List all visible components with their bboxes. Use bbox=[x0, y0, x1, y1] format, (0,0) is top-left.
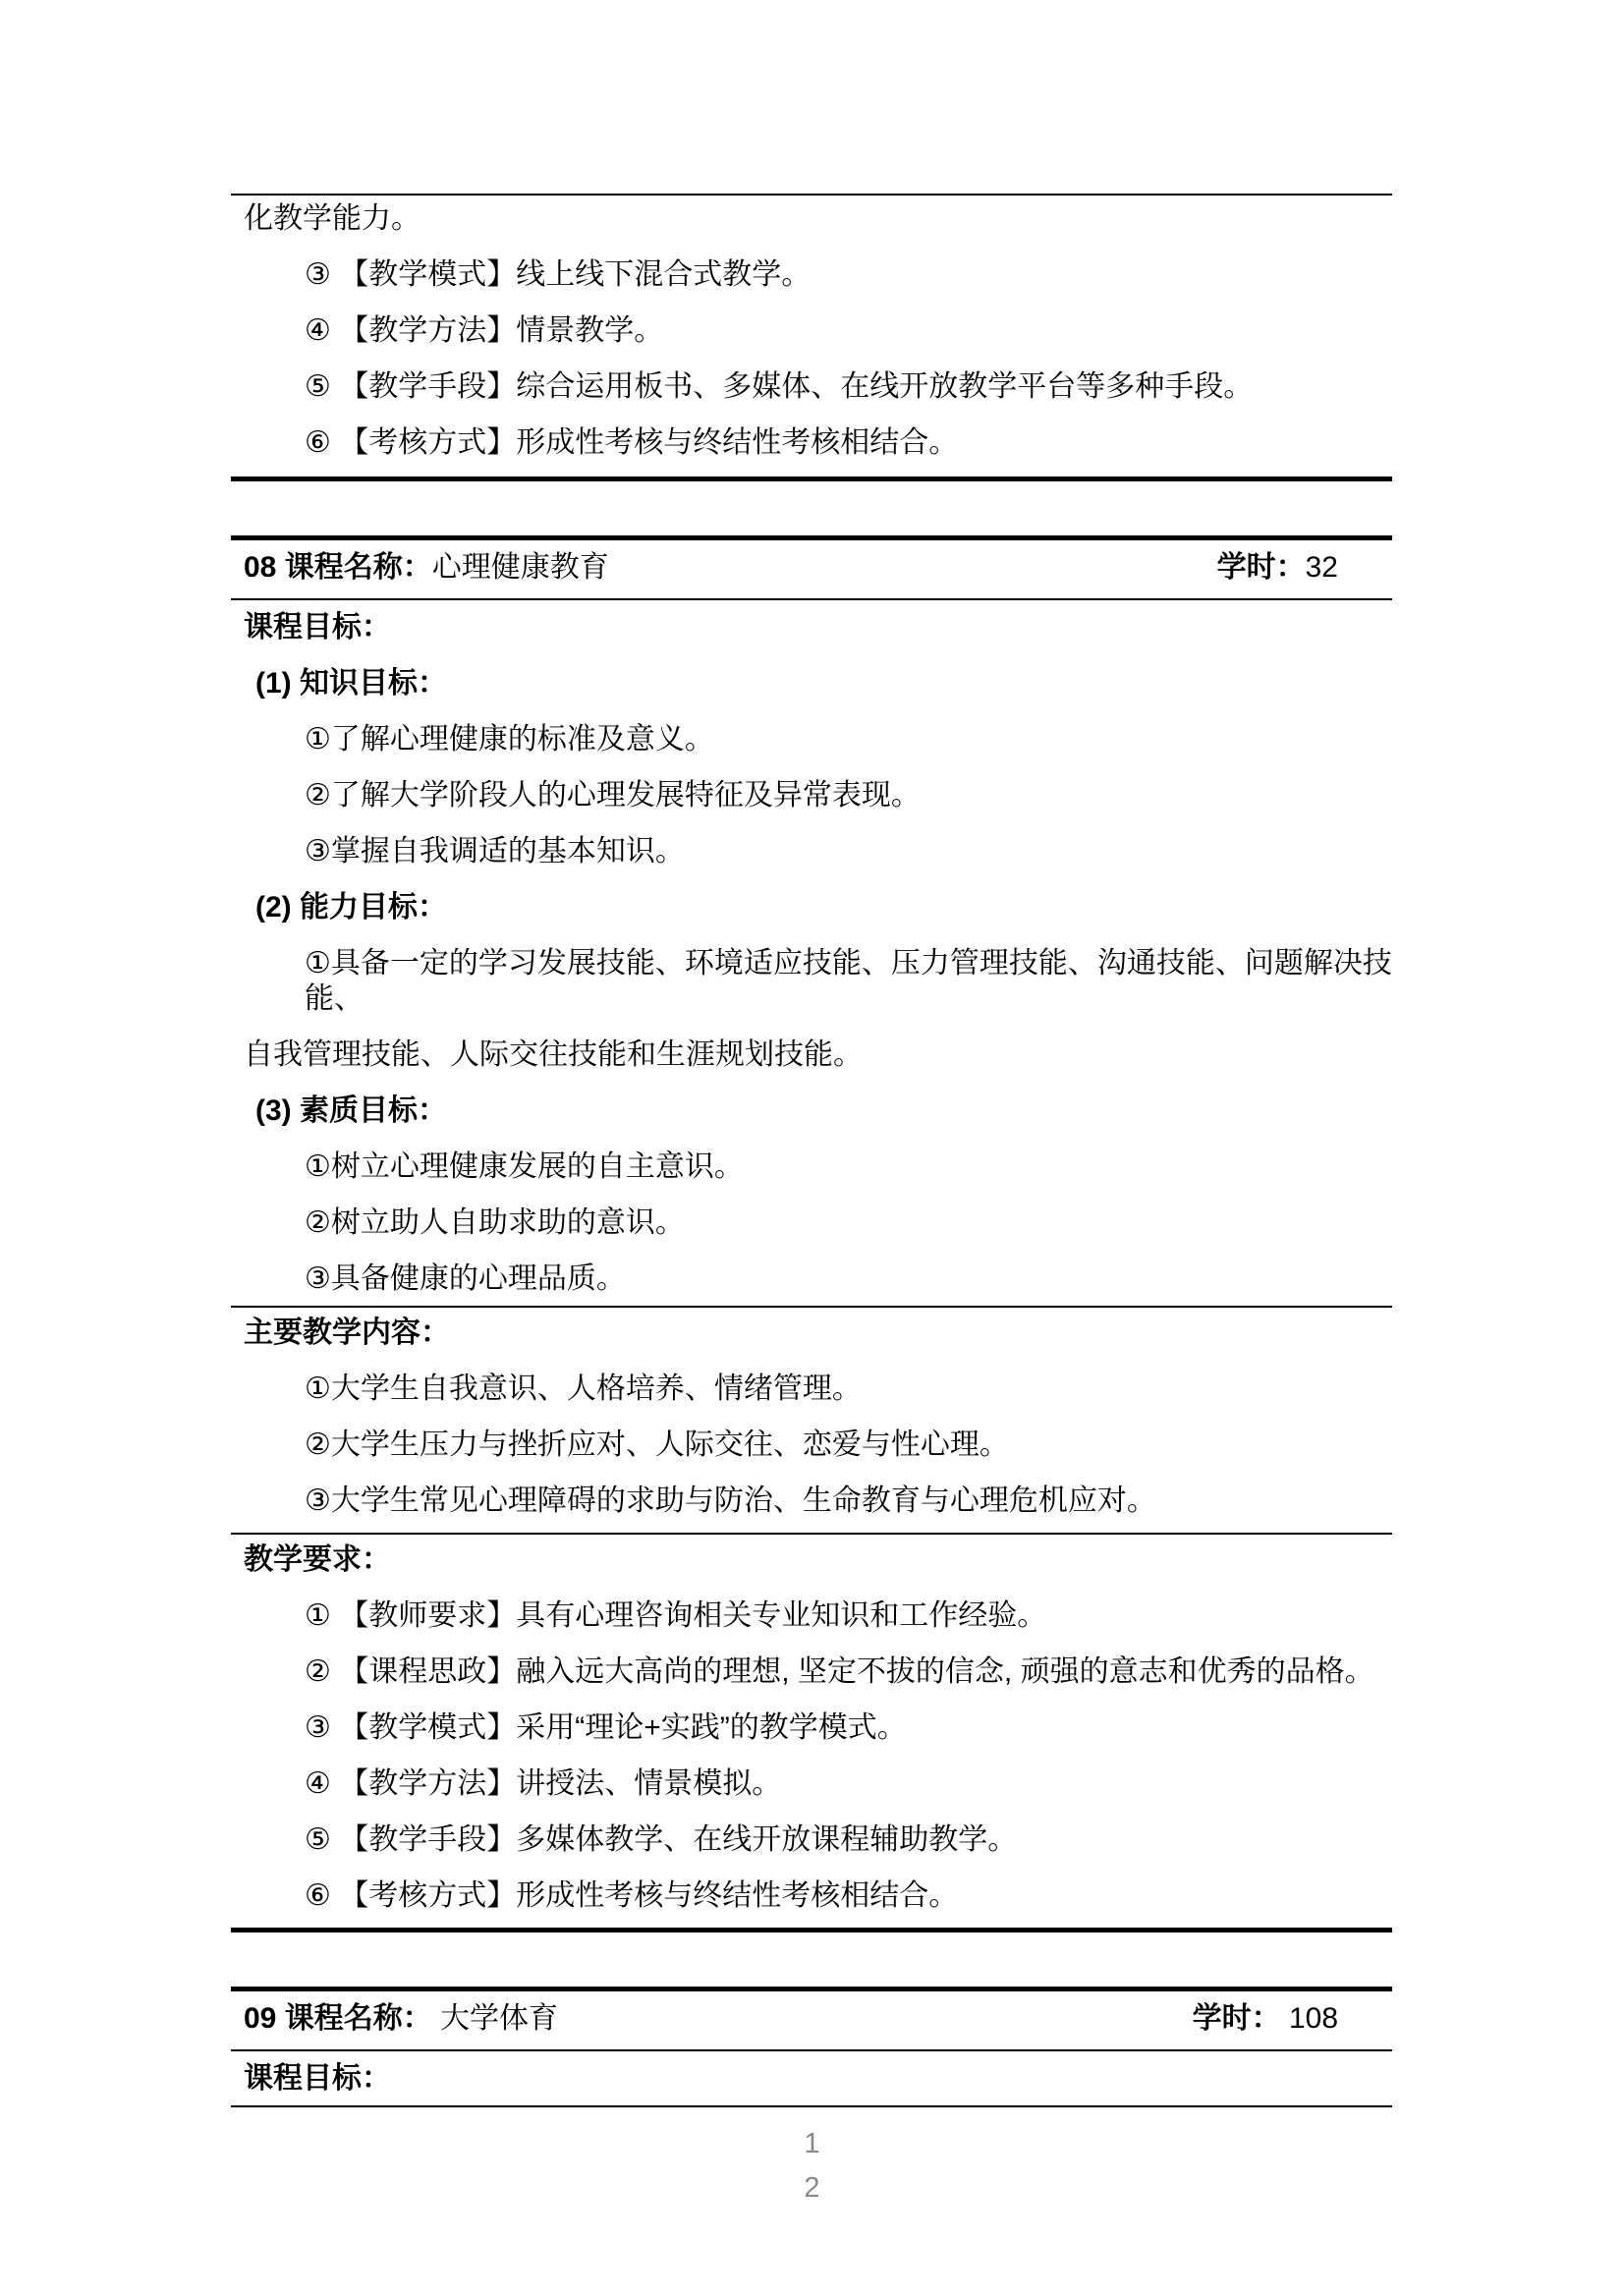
list-item: ②大学生压力与挫折应对、人际交往、恋爱与性心理。 bbox=[231, 1428, 1392, 1463]
course-number-label: 09 课程名称： bbox=[244, 2002, 432, 2035]
section-heading: 教学要求： bbox=[231, 1542, 1392, 1578]
list-item: ② 【课程思政】融入远大高尚的理想, 坚定不拔的信念, 顽强的意志和优秀的品格。 bbox=[231, 1654, 1392, 1690]
list-item: ①具备一定的学习发展技能、环境适应技能、压力管理技能、沟通技能、问题解决技能、 bbox=[231, 946, 1392, 1017]
hours-label: 学时： bbox=[1217, 551, 1306, 584]
course-08-header-row: 08 课程名称：心理健康教育 学时：32 bbox=[231, 540, 1392, 600]
section-heading: 主要教学内容： bbox=[231, 1316, 1392, 1351]
document-body: 化教学能力。 ③ 【教学模式】线上线下混合式教学。 ④ 【教学方法】情景教学。 … bbox=[231, 0, 1392, 2107]
list-item: ① 【教师要求】具有心理咨询相关专业知识和工作经验。 bbox=[231, 1598, 1392, 1634]
course-name: 大学体育 bbox=[432, 2002, 558, 2035]
course-09-section: 09 课程名称： 大学体育 学时： 108 课程目标： bbox=[231, 1987, 1392, 2107]
page-number-block: 1 2 bbox=[0, 2122, 1624, 2211]
list-item: ③ 【教学模式】采用“理论+实践”的教学模式。 bbox=[231, 1710, 1392, 1746]
list-item: ③具备健康的心理品质。 bbox=[231, 1261, 1392, 1297]
course-requirements-cell: 教学要求： ① 【教师要求】具有心理咨询相关专业知识和工作经验。 ② 【课程思政… bbox=[231, 1533, 1392, 1928]
list-item: ⑥ 【考核方式】形成性考核与终结性考核相结合。 bbox=[231, 425, 1392, 461]
subsection-heading: (3) 素质目标： bbox=[231, 1093, 1392, 1129]
course-07-tail-section: 化教学能力。 ③ 【教学模式】线上线下混合式教学。 ④ 【教学方法】情景教学。 … bbox=[231, 194, 1392, 481]
list-item-continuation: 自我管理技能、人际交往技能和生涯规划技能。 bbox=[231, 1037, 1392, 1073]
paragraph: 化教学能力。 bbox=[231, 201, 1392, 237]
list-item: ③掌握自我调适的基本知识。 bbox=[231, 834, 1392, 869]
list-item: ②树立助人自助求助的意识。 bbox=[231, 1205, 1392, 1241]
hours-value: 108 bbox=[1281, 2002, 1338, 2035]
list-item: ①了解心理健康的标准及意义。 bbox=[231, 722, 1392, 757]
list-item: ②了解大学阶段人的心理发展特征及异常表现。 bbox=[231, 778, 1392, 813]
list-item: ①树立心理健康发展的自主意识。 bbox=[231, 1149, 1392, 1185]
list-item: ⑤ 【教学手段】多媒体教学、在线开放课程辅助教学。 bbox=[231, 1822, 1392, 1858]
course-objectives-cell: 课程目标： (1) 知识目标： ①了解心理健康的标准及意义。 ②了解大学阶段人的… bbox=[231, 600, 1392, 1306]
list-item: ③ 【教学模式】线上线下混合式教学。 bbox=[231, 257, 1392, 293]
course-objectives-cell: 课程目标： bbox=[231, 2051, 1392, 2105]
course-hours: 学时：32 bbox=[1217, 549, 1338, 587]
course-09-header-row: 09 课程名称： 大学体育 学时： 108 bbox=[231, 1991, 1392, 2051]
course-title: 09 课程名称： 大学体育 bbox=[244, 2000, 558, 2038]
hours-label: 学时： bbox=[1193, 2002, 1281, 2035]
course-title: 08 课程名称：心理健康教育 bbox=[244, 549, 609, 587]
subsection-heading: (2) 能力目标： bbox=[231, 890, 1392, 925]
list-item: ⑥ 【考核方式】形成性考核与终结性考核相结合。 bbox=[231, 1878, 1392, 1914]
page-number: 2 bbox=[0, 2166, 1624, 2211]
course-08-section: 08 课程名称：心理健康教育 学时：32 课程目标： (1) 知识目标： ①了解… bbox=[231, 535, 1392, 1932]
course-name: 心理健康教育 bbox=[432, 551, 609, 584]
hours-value: 32 bbox=[1306, 551, 1338, 584]
list-item: ④ 【教学方法】情景教学。 bbox=[231, 313, 1392, 349]
subsection-heading: (1) 知识目标： bbox=[231, 666, 1392, 701]
page-number: 1 bbox=[0, 2122, 1624, 2166]
list-item: ③大学生常见心理障碍的求助与防治、生命教育与心理危机应对。 bbox=[231, 1484, 1392, 1519]
course-content-cell: 主要教学内容： ①大学生自我意识、人格培养、情绪管理。 ②大学生压力与挫折应对、… bbox=[231, 1306, 1392, 1533]
list-item: ⑤ 【教学手段】综合运用板书、多媒体、在线开放教学平台等多种手段。 bbox=[231, 369, 1392, 405]
section-heading: 课程目标： bbox=[231, 610, 1392, 645]
list-item: ①大学生自我意识、人格培养、情绪管理。 bbox=[231, 1372, 1392, 1407]
course-hours: 学时： 108 bbox=[1193, 2000, 1338, 2038]
section-heading: 课程目标： bbox=[231, 2061, 1392, 2097]
list-item: ④ 【教学方法】讲授法、情景模拟。 bbox=[231, 1766, 1392, 1802]
course-number-label: 08 课程名称： bbox=[244, 551, 432, 584]
